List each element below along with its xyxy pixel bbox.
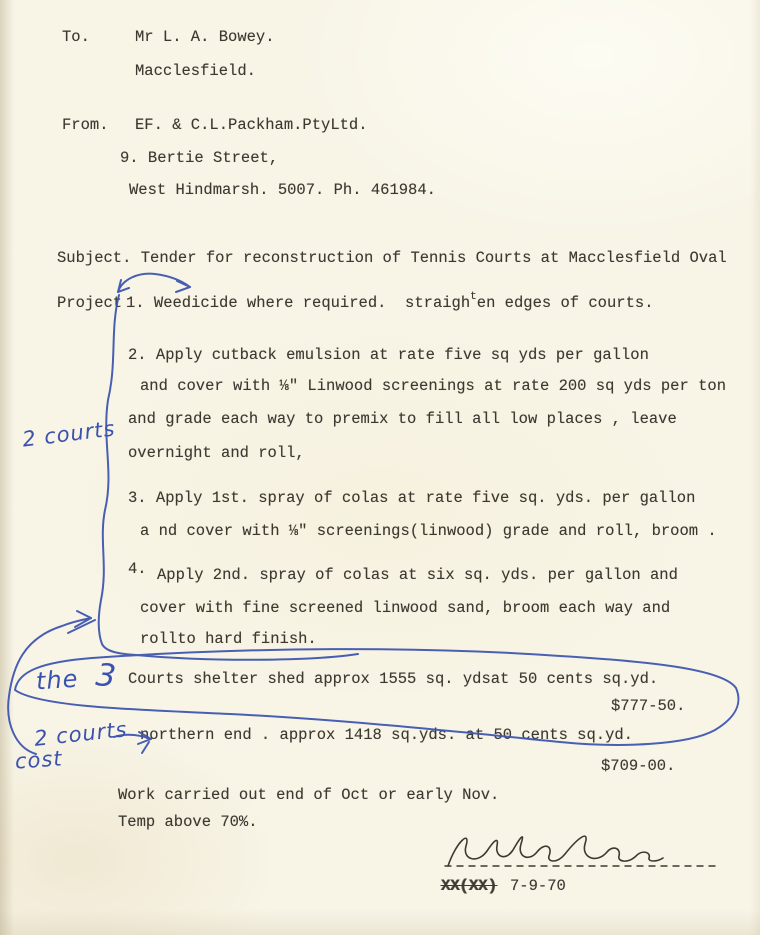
project-hook-arrowhead-right bbox=[176, 281, 190, 292]
from-label: From. bbox=[62, 116, 109, 135]
to-name: Mr L. A. Bowey. bbox=[135, 28, 275, 47]
item-4-line-2: cover with fine screened linwood sand, b… bbox=[140, 599, 670, 618]
to-city: Macclesfield. bbox=[135, 62, 256, 81]
to-label: To. bbox=[62, 28, 90, 47]
pricing-northern-amount: $709-00. bbox=[601, 757, 675, 776]
subject-line: Subject. Tender for reconstruction of Te… bbox=[57, 249, 727, 268]
annotation-number-3-label: 3 bbox=[94, 657, 118, 695]
project-label: Project bbox=[57, 294, 122, 313]
cost-swoosh-extra-stroke bbox=[68, 620, 95, 633]
pricing-northern-line: northern end . approx 1418 sq.yds. at 50… bbox=[140, 726, 633, 745]
from-city: West Hindmarsh. 5007. Ph. 461984. bbox=[129, 181, 436, 200]
item-4-number: 4. bbox=[128, 560, 147, 579]
annotation-the-label: the bbox=[35, 665, 79, 696]
cost-swoosh-arrowhead bbox=[75, 611, 91, 627]
from-company: EF. & C.L.Packham.PtyLtd. bbox=[135, 116, 368, 135]
project-hook-arrow bbox=[118, 274, 190, 292]
signature-ink-group bbox=[445, 836, 716, 866]
project-hook-arrowhead-left bbox=[118, 280, 129, 292]
item-1-inserted-letter: t bbox=[470, 291, 477, 304]
struck-out-text: XX(XX) bbox=[441, 877, 497, 896]
item-3-line-1: 3. Apply 1st. spray of colas at rate fiv… bbox=[128, 489, 695, 508]
item-2-line-1: 2. Apply cutback emulsion at rate five s… bbox=[128, 346, 649, 365]
pricing-courts-line: Courts shelter shed approx 1555 sq. ydsa… bbox=[128, 670, 658, 689]
item-2-line-3: and grade each way to premix to fill all… bbox=[128, 410, 677, 429]
item-4-line-1: Apply 2nd. spray of colas at six sq. yds… bbox=[157, 566, 678, 585]
pricing-courts-amount: $777-50. bbox=[611, 697, 685, 716]
work-schedule-line: Work carried out end of Oct or early Nov… bbox=[118, 786, 499, 805]
item-4-line-3: rollto hard finish. bbox=[140, 630, 317, 649]
scanned-letter-page: To. Mr L. A. Bowey. Macclesfield. From. … bbox=[0, 0, 760, 935]
annotation-cost-label-line2: cost bbox=[14, 746, 63, 773]
from-street: 9. Bertie Street, bbox=[120, 149, 278, 168]
item-1-post: en edges of courts. bbox=[477, 294, 654, 312]
item-1-line: 1. Weedicide where required. straighten … bbox=[126, 294, 654, 313]
date-text: 7-9-70 bbox=[510, 877, 566, 896]
annotation-two-courts-bracket-label: 2 courts bbox=[21, 416, 117, 451]
item-1-pre: 1. Weedicide where required. straigh bbox=[126, 294, 470, 312]
annotation-two-courts-cost-label-line1: 2 courts bbox=[33, 717, 129, 751]
temperature-line: Temp above 70%. bbox=[118, 813, 258, 832]
item-2-line-2: and cover with ⅛" Linwood screenings at … bbox=[140, 377, 726, 396]
item-3-line-2: a nd cover with ⅛" screenings(linwood) g… bbox=[140, 522, 717, 541]
item-2-line-4: overnight and roll, bbox=[128, 444, 305, 463]
signature bbox=[448, 836, 663, 866]
